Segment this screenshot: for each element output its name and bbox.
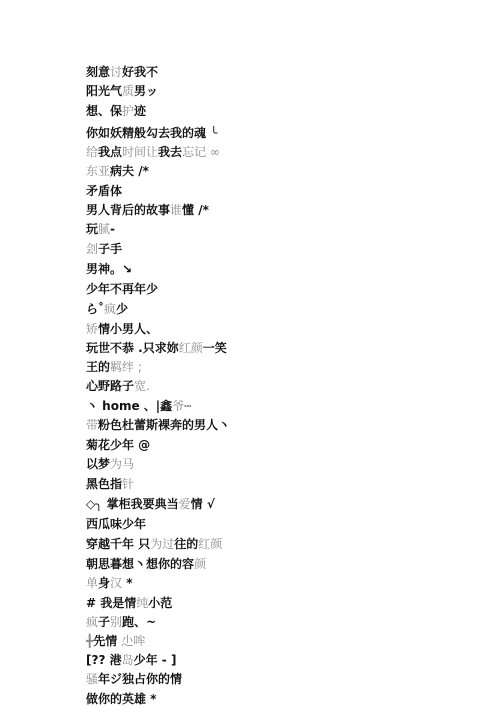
list-item: 刽子手 [86, 241, 122, 257]
text-segment: 疯 [104, 302, 116, 316]
text-segment: 穿越千年 只 [86, 537, 150, 551]
text-segment: 黑色指 [86, 477, 122, 491]
text-segment: 好我不 [122, 65, 158, 79]
text-segment: 讨 [110, 65, 122, 79]
text-segment: 刻意 [86, 65, 110, 79]
list-item: 东亚病夫 /* [86, 163, 149, 179]
list-item: 菊花少年 @ [86, 437, 150, 453]
text-segment: 病夫 /* [110, 164, 149, 178]
list-item: 做你的英雄 * [86, 691, 156, 707]
text-segment: 少年 - ] [134, 653, 177, 667]
list-item: ╋先情 尐哞 [86, 633, 145, 649]
text-segment: 朝思暮想丶想你的容 [86, 557, 194, 571]
text-segment: 给 [86, 145, 98, 159]
list-item: 玩世不恭 .只求妳红颜一笑 [86, 340, 227, 356]
text-segment: 为马 [110, 457, 134, 471]
text-segment: 忘记 ∞ [182, 145, 220, 159]
text-segment: 矫 [86, 322, 98, 336]
text-segment: 做你的英雄 * [86, 692, 156, 706]
list-item: 矫情小男人、 [86, 321, 158, 337]
text-segment: 颜 [194, 557, 206, 571]
list-item: 刻意讨好我不 [86, 64, 158, 80]
list-item: 你如妖精般勾去我的魂 ╰ [86, 125, 217, 141]
text-segment: 尐哞 [121, 634, 145, 648]
text-segment: 男ッ [134, 84, 158, 98]
text-segment: 岛 [122, 653, 134, 667]
text-segment: 刽 [86, 242, 98, 256]
text-segment: 红颜 [198, 537, 222, 551]
text-segment: 王的 [86, 360, 110, 374]
text-segment: 质 [122, 84, 134, 98]
list-item: 给我点时间让我去忘记 ∞ [86, 144, 220, 160]
list-item: 西瓜味少年 [86, 516, 146, 532]
text-segment: 骚 [86, 672, 98, 686]
text-segment: 丶 home 、|鑫 [86, 399, 172, 413]
text-segment: 跑、~ [122, 615, 156, 629]
text-segment: 想、保 [86, 104, 122, 118]
list-item: 男神。↘ [86, 261, 132, 277]
text-segment: 男人背后的故事 [86, 203, 170, 217]
text-segment: 懂 /* [182, 203, 209, 217]
text-segment: 西瓜味少年 [86, 517, 146, 531]
text-segment: 我点 [98, 145, 122, 159]
text-segment: 男神。↘ [86, 262, 132, 276]
text-segment: # 我是情 [86, 596, 136, 610]
text-segment: 少年不再年少 [86, 282, 158, 296]
text-segment: 迹 [134, 104, 146, 118]
list-item: 朝思暮想丶想你的容颜 [86, 556, 206, 572]
text-segment: - [110, 222, 115, 236]
text-segment: 菊花少年 @ [86, 438, 150, 452]
text-segment: 你如妖精般勾去我的魂 ╰ [86, 126, 217, 140]
text-segment: 阳光气 [86, 84, 122, 98]
list-item: 黑色指针 [86, 476, 134, 492]
list-item: # 我是情纯小范 [86, 595, 172, 611]
list-item: 疯子别跑、~ [86, 614, 156, 630]
text-segment: 情 √ [191, 497, 215, 511]
text-segment: 矛盾体 [86, 184, 122, 198]
list-item: 王的羁绊 ; [86, 359, 142, 375]
list-item: 男人背后的故事谁懂 /* [86, 202, 209, 218]
text-segment: 粉色杜蕾斯裸奔的男人丶 [98, 418, 230, 432]
text-segment: 纯 [136, 596, 148, 610]
text-segment: * [122, 576, 132, 590]
text-segment: 单 [86, 576, 98, 590]
text-segment: 带 [86, 418, 98, 432]
text-segment: 子手 [98, 242, 122, 256]
text-segment: 先情 [93, 634, 121, 648]
text-segment: 腻 [98, 222, 110, 236]
list-item: 想、保护迹 [86, 103, 146, 119]
list-item: 单身汉 * [86, 575, 133, 591]
text-segment: 时间让 [122, 145, 158, 159]
list-item: 心野路子宽. [86, 378, 150, 394]
text-segment: 红颜 [179, 341, 203, 355]
text-segment: 一笑 [203, 341, 227, 355]
text-segment: 为过 [150, 537, 174, 551]
list-item: 丶 home 、|鑫爷┅ [86, 398, 191, 414]
list-item: ら˚疯少 [86, 301, 128, 317]
list-item: ◇╮ 掌柜我要典当爱情 √ [86, 496, 215, 512]
text-segment: 情小男人、 [98, 322, 158, 336]
text-segment: ら˚ [86, 302, 104, 316]
list-item: [?? 港岛少年 - ] [86, 652, 176, 668]
text-segment: 玩 [86, 222, 98, 236]
text-segment: 别 [110, 615, 122, 629]
text-segment: 心野路子 [86, 379, 134, 393]
text-segment: 疯 [86, 615, 98, 629]
list-item: 穿越千年 只为过往的红颜 [86, 536, 222, 552]
text-segment: 小范 [148, 596, 172, 610]
text-segment: 针 [122, 477, 134, 491]
text-segment: 往的 [174, 537, 198, 551]
text-segment: 东亚 [86, 164, 110, 178]
list-item: 阳光气质男ッ [86, 83, 158, 99]
text-segment: [?? 港 [86, 653, 122, 667]
list-item: 带粉色杜蕾斯裸奔的男人丶 [86, 417, 230, 433]
text-segment: 我去 [158, 145, 182, 159]
text-segment: 爱 [179, 497, 191, 511]
text-segment: 护 [122, 104, 134, 118]
text-segment: ◇╮ 掌柜我要典当 [86, 497, 179, 511]
text-segment: 子 [98, 615, 110, 629]
text-segment: 以梦 [86, 457, 110, 471]
text-segment: 年ジ独占你的情 [98, 672, 182, 686]
text-segment: 身 [98, 576, 110, 590]
list-item: 以梦为马 [86, 456, 134, 472]
list-item: 少年不再年少 [86, 281, 158, 297]
text-segment: 少 [116, 302, 128, 316]
text-segment: 宽. [134, 379, 150, 393]
list-item: 骚年ジ独占你的情 [86, 671, 182, 687]
text-segment: 玩世不恭 .只求妳 [86, 341, 179, 355]
list-item: 矛盾体 [86, 183, 122, 199]
text-segment: 汉 [110, 576, 122, 590]
text-segment: 羁绊 ; [110, 360, 142, 374]
text-segment: 谁 [170, 203, 182, 217]
list-item: 玩腻- [86, 221, 115, 237]
text-segment: 爷┅ [172, 399, 191, 413]
